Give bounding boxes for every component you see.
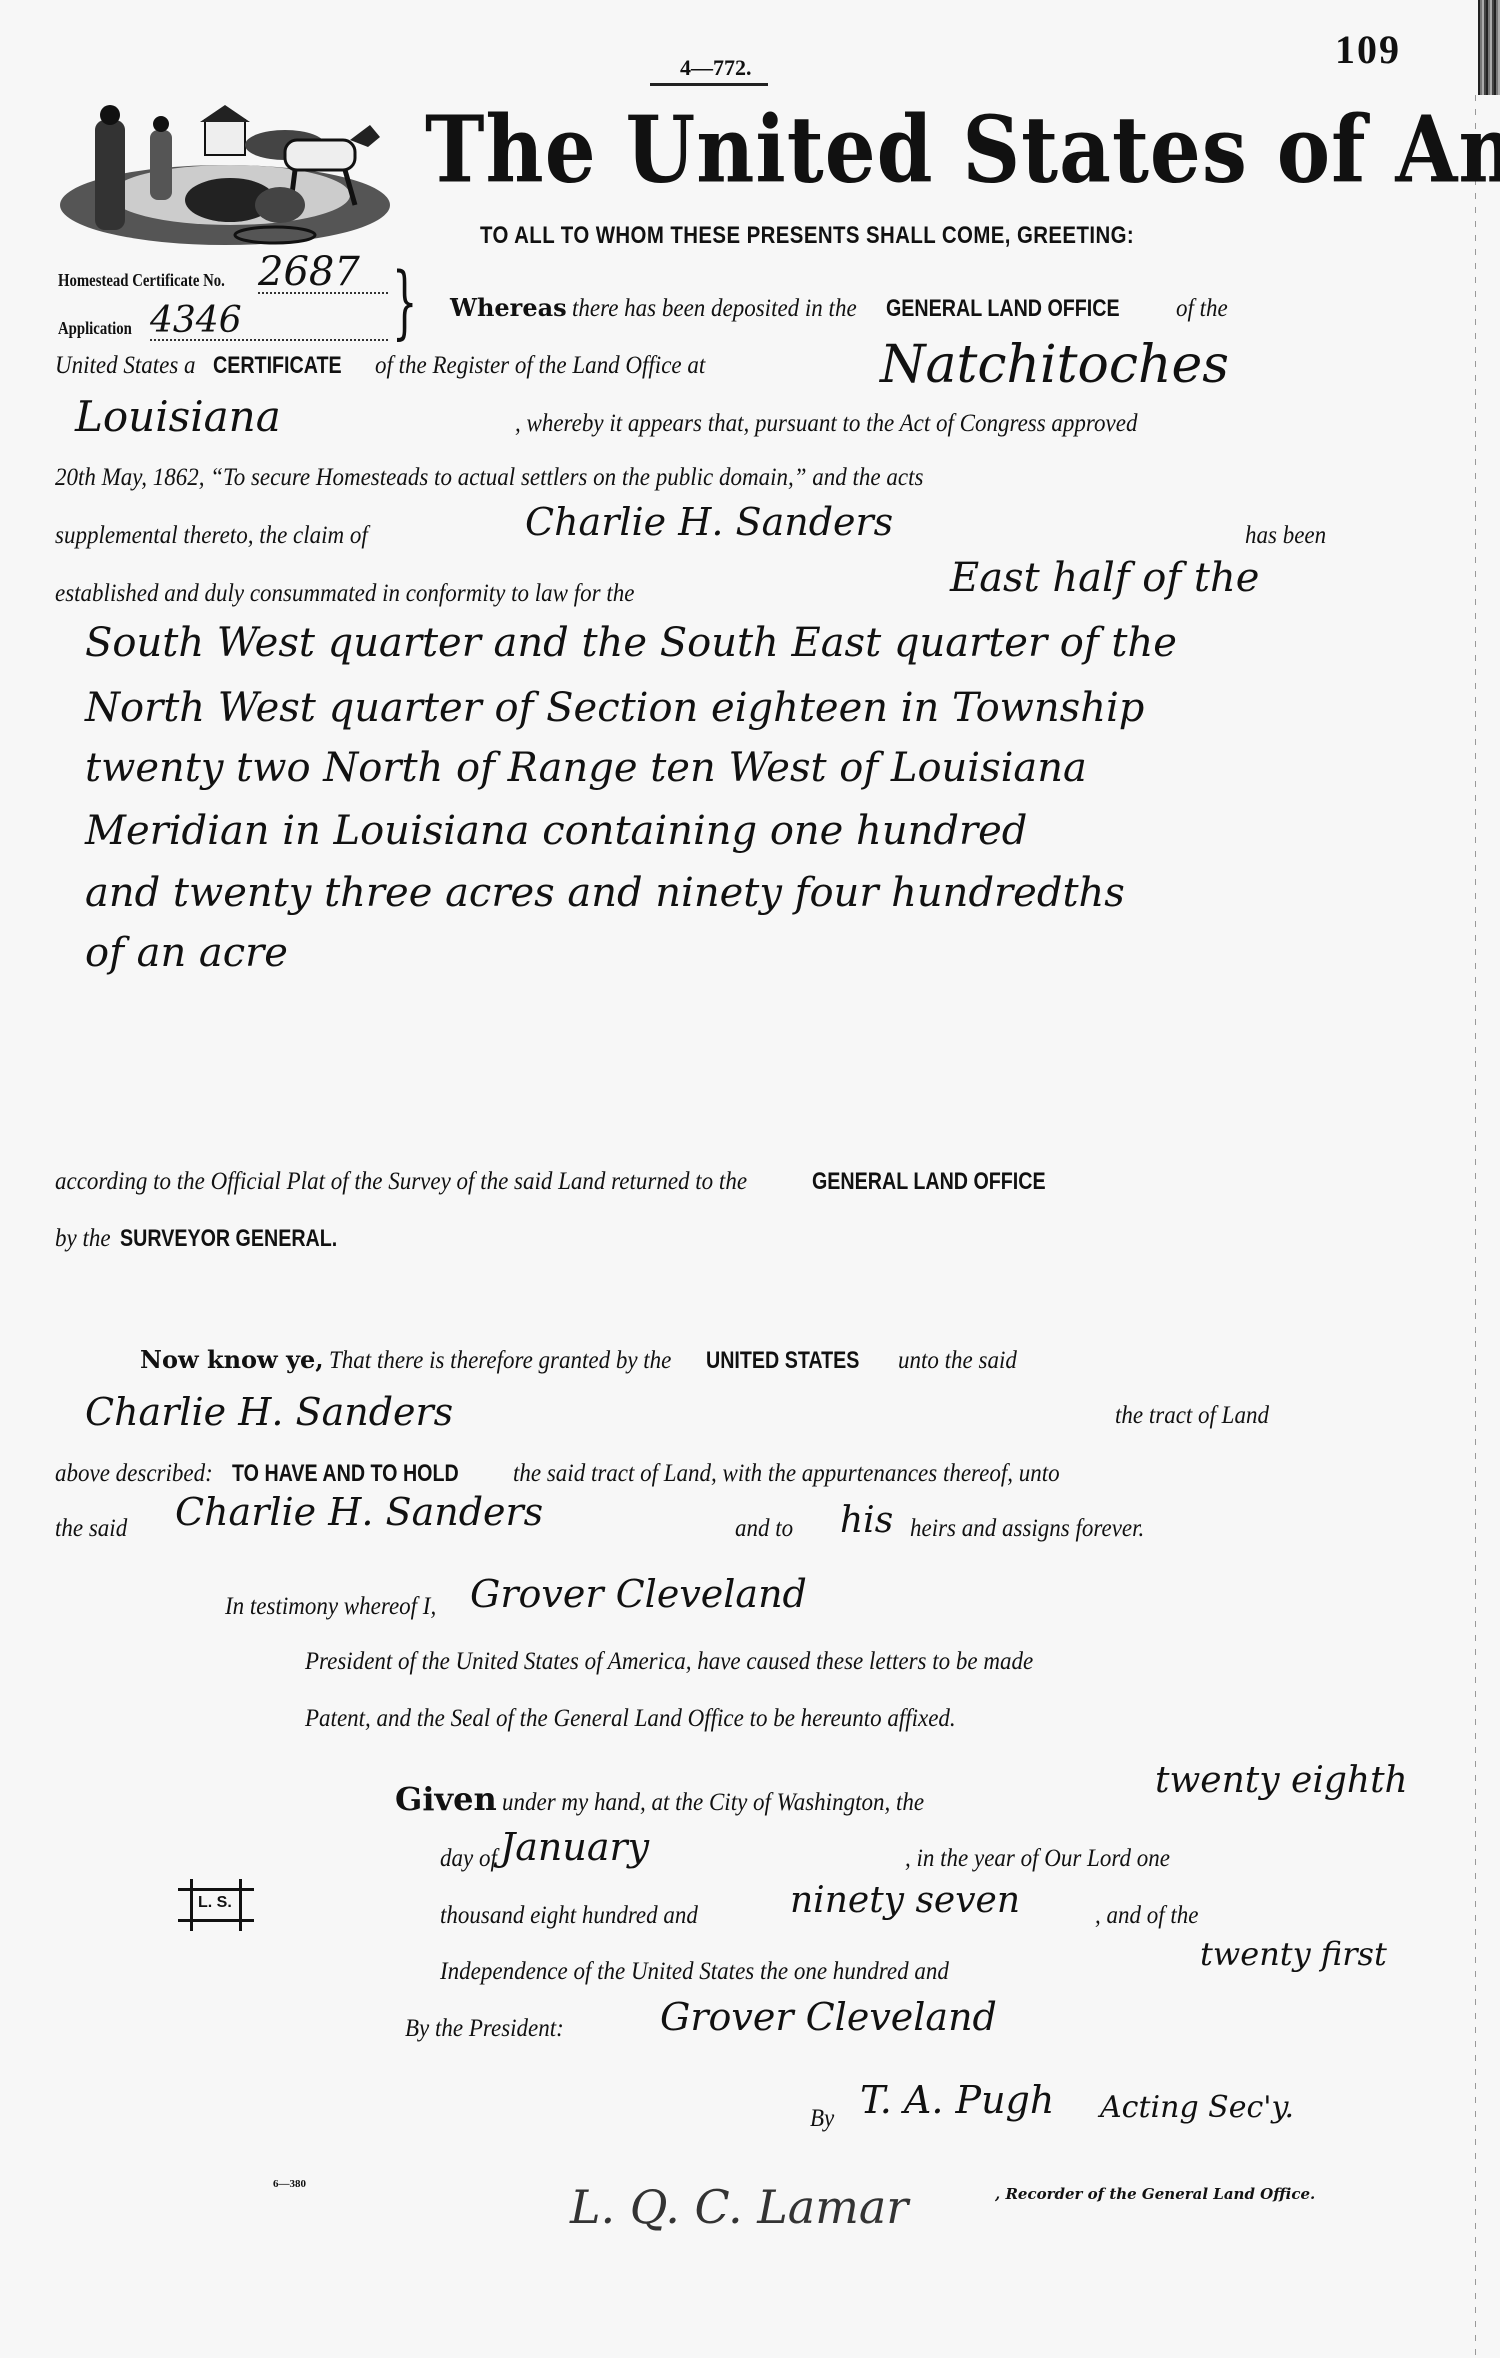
land-description-line: twenty two North of Range ten West of Lo… xyxy=(85,745,1087,791)
recorder-signature: L. Q. C. Lamar xyxy=(570,2180,908,2234)
body-text: , whereby it appears that, pursuant to t… xyxy=(515,410,1137,438)
greeting: TO ALL TO WHOM THESE PRESENTS SHALL COME… xyxy=(480,222,1134,250)
land-description-line: East half of the xyxy=(950,555,1259,601)
body-text: the said xyxy=(55,1515,127,1543)
president-signature: Grover Cleveland xyxy=(660,1995,997,2039)
divider xyxy=(650,83,768,86)
body-text: President of the United States of Americ… xyxy=(305,1648,1033,1676)
body-text: Independence of the United States the on… xyxy=(440,1958,949,1986)
secretary-title: Acting Sec'y. xyxy=(1100,2090,1294,2125)
body-text: above described: xyxy=(55,1460,213,1488)
pronoun: his xyxy=(840,1500,893,1541)
secretary-signature: T. A. Pugh xyxy=(860,2078,1054,2122)
body-text: established and duly consummated in conf… xyxy=(55,580,634,608)
form-code: 6—380 xyxy=(273,2178,306,2190)
surveyor-general: SURVEYOR GENERAL. xyxy=(120,1225,337,1253)
margin-line xyxy=(1475,95,1476,2358)
day-value: twenty eighth xyxy=(1155,1760,1408,1801)
form-number: 4—772. xyxy=(680,55,752,81)
given-line: Given under my hand, at the City of Wash… xyxy=(395,1780,961,1818)
whereas-word: Whereas xyxy=(450,293,567,322)
given-word: Given xyxy=(395,1780,497,1818)
body-text: the said tract of Land, with the appurte… xyxy=(513,1460,1060,1488)
plat-line: according to the Official Plat of the Su… xyxy=(55,1168,1097,1196)
month-value: January xyxy=(500,1825,649,1869)
body-text: supplemental thereto, the claim of xyxy=(55,522,368,550)
body-text: day of xyxy=(440,1845,497,1873)
body-text: 20th May, 1862, “To secure Homesteads to… xyxy=(55,464,923,492)
state-name: Louisiana xyxy=(75,392,281,441)
land-description-line: North West quarter of Section eighteen i… xyxy=(85,685,1144,731)
body-text: , and of the xyxy=(1095,1902,1199,1930)
body-text: has been xyxy=(1245,522,1326,550)
land-description-line: and twenty three acres and ninety four h… xyxy=(85,870,1125,916)
grantee-name-2: Charlie H. Sanders xyxy=(175,1490,543,1534)
farm-scene-illustration-icon xyxy=(55,100,395,250)
body-text: of the xyxy=(1176,295,1228,323)
to-have-and-to-hold: TO HAVE AND TO HOLD xyxy=(232,1460,459,1488)
homestead-certificate-field: Homestead Certificate No. xyxy=(58,270,261,291)
seal-label: L. S. xyxy=(198,1894,232,1912)
certificate-line: United States a CERTIFICATE of the Regis… xyxy=(55,352,734,380)
body-text: and to xyxy=(735,1515,793,1543)
land-description-line: South West quarter and the South East qu… xyxy=(85,620,1177,666)
grant-line: Now know ye, That there is therefore gra… xyxy=(140,1345,1027,1375)
body-text: according to the Official Plat of the Su… xyxy=(55,1168,747,1196)
body-text: Patent, and the Seal of the General Land… xyxy=(305,1705,956,1733)
body-text: by the xyxy=(55,1225,111,1253)
land-office-location: Natchitoches xyxy=(880,335,1229,395)
body-text: thousand eight hundred and xyxy=(440,1902,698,1930)
whereas-line: Whereas there has been deposited in the … xyxy=(450,293,1233,323)
scan-edge xyxy=(1478,0,1500,95)
body-text: In testimony whereof I, xyxy=(225,1593,436,1621)
brace: } xyxy=(392,262,417,342)
body-text: By the President: xyxy=(405,2015,564,2043)
surveyor-line: by the SURVEYOR GENERAL. xyxy=(55,1225,385,1253)
application-number: 4346 xyxy=(150,303,388,341)
land-description-line: of an acre xyxy=(85,930,288,976)
land-description-line: Meridian in Louisiana containing one hun… xyxy=(85,808,1027,854)
president-name: Grover Cleveland xyxy=(470,1572,807,1616)
body-text: heirs and assigns forever. xyxy=(910,1515,1144,1543)
application-field: Application xyxy=(58,318,148,339)
recorder-title: , Recorder of the General Land Office. xyxy=(995,2185,1315,2203)
document-title: The United States of America, xyxy=(425,95,1500,203)
grantee-name: Charlie H. Sanders xyxy=(85,1390,453,1434)
application-label: Application xyxy=(58,318,132,339)
year-value: ninety seven xyxy=(790,1880,1020,1921)
homestead-number: 2687 xyxy=(258,252,388,294)
body-text: there has been deposited in the xyxy=(572,295,857,323)
independence-year-value: twenty first xyxy=(1200,1935,1387,1973)
body-text: the tract of Land xyxy=(1115,1402,1269,1430)
body-text: of the Register of the Land Office at xyxy=(375,352,705,380)
body-text: under my hand, at the City of Washington… xyxy=(502,1789,924,1817)
body-text: , in the year of Our Lord one xyxy=(905,1845,1170,1873)
certificate-word: CERTIFICATE xyxy=(213,352,342,380)
body-text: That there is therefore granted by the xyxy=(329,1347,671,1375)
body-text: By xyxy=(810,2105,834,2133)
habendum-line: above described: TO HAVE AND TO HOLD the… xyxy=(55,1460,1107,1488)
seal-locus-sigilli: L. S. xyxy=(190,1888,242,1922)
general-land-office: GENERAL LAND OFFICE xyxy=(886,295,1120,323)
homestead-label: Homestead Certificate No. xyxy=(58,270,225,291)
claimant-name: Charlie H. Sanders xyxy=(525,500,893,544)
body-text: United States a xyxy=(55,352,196,380)
body-text: unto the said xyxy=(898,1347,1017,1375)
now-know-ye: Now know ye, xyxy=(140,1345,324,1374)
page-number: 109 xyxy=(1335,26,1401,73)
united-states: UNITED STATES xyxy=(706,1347,859,1375)
general-land-office: GENERAL LAND OFFICE xyxy=(812,1168,1046,1196)
